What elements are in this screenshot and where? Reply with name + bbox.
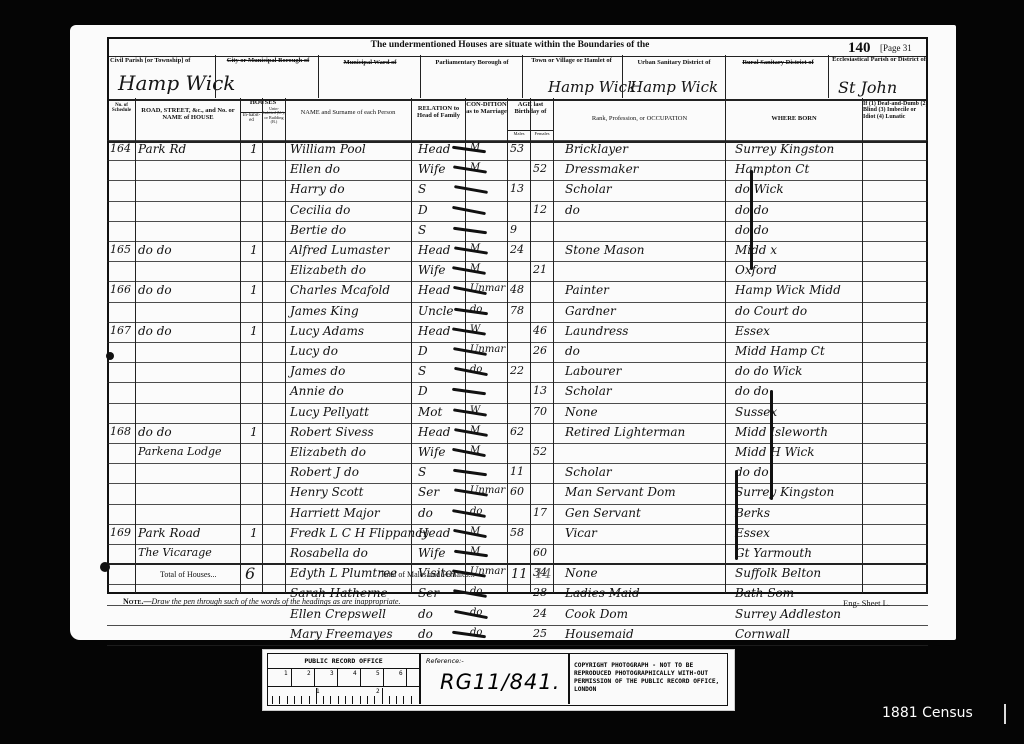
cell-male-age: 24 (510, 244, 524, 255)
col-inhabited: In-habit-ed (241, 113, 262, 124)
punch-hole (106, 352, 114, 360)
cell-where-born: Essex (735, 527, 770, 539)
cell-occupation: Ladies Maid (565, 587, 640, 599)
cell-occupation: Scholar (565, 385, 612, 397)
col-females: Females (531, 132, 553, 137)
cell-relation: Head (418, 244, 450, 256)
cell-female-age: 25 (533, 628, 547, 639)
cell-female-age: 70 (533, 406, 547, 417)
cell-where-born: Cornwall (735, 628, 790, 640)
cell-occupation: Bricklayer (565, 143, 628, 155)
cell-relation: S (418, 224, 426, 236)
cell-male-age: 78 (510, 305, 524, 316)
cell-occupation: Man Servant Dom (565, 486, 676, 498)
cell-relation: Uncle (418, 305, 454, 317)
copyright-notice: COPYRIGHT PHOTOGRAPH - NOT TO BE REPRODU… (574, 662, 724, 694)
cell-where-born: do do (735, 466, 769, 478)
cell-schedule: 169 (110, 527, 131, 538)
cell-relation: Wife (418, 547, 446, 559)
cell-inhabited: 1 (250, 426, 258, 438)
scale-mark: 2 (376, 688, 380, 695)
cell-occupation: Retired Lighterman (565, 426, 685, 438)
cell-name: Lucy Pellyatt (290, 406, 369, 418)
cell-where-born: Midd Hamp Ct (735, 345, 825, 357)
cell-male-age: 60 (510, 486, 524, 497)
cell-relation: do (418, 608, 433, 620)
total-houses-value: 6 (245, 566, 255, 582)
cell-occupation: do (565, 345, 580, 357)
cell-relation: Head (418, 143, 450, 155)
col-condition: CON-DITION as to Marriage (466, 102, 507, 116)
cell-relation: Ser (418, 587, 439, 599)
cell-male-age: 58 (510, 527, 524, 538)
cell-where-born: Bath Som (735, 587, 794, 599)
cell-name: James King (290, 305, 359, 317)
parliamentary-borough-label: Parliamentary Borough of (422, 60, 522, 67)
cell-relation: S (418, 183, 426, 195)
cell-schedule: 168 (110, 426, 131, 437)
col-infirmity: If (1) Deaf-and-Dumb (2) Blind (3) Imbec… (863, 101, 928, 120)
col-name: NAME and Surname of each Person (286, 110, 410, 117)
cell-female-age: 24 (533, 608, 547, 619)
cell-male-age: 13 (510, 183, 524, 194)
cell-relation: Head (418, 325, 450, 337)
record-office-strip: PUBLIC RECORD OFFICE 123456 12 Reference… (262, 649, 735, 711)
cell-road: Park Rd (138, 143, 186, 155)
cell-inhabited: 1 (250, 284, 258, 296)
cell-name: William Pool (290, 143, 366, 155)
cell-occupation: Gardner (565, 305, 616, 317)
cell-name: Elizabeth do (290, 446, 366, 458)
ecclesiastical-label: Ecclesiastical Parish or District of (832, 57, 926, 64)
caret-divider (1004, 704, 1006, 724)
cell-occupation: None (565, 567, 598, 579)
cell-female-age: 52 (533, 163, 547, 174)
cell-relation: S (418, 466, 426, 478)
total-houses-label: Total of Houses... (160, 571, 217, 579)
cell-occupation: Painter (565, 284, 609, 296)
village-label: Town or Village or Hamlet of (524, 58, 619, 65)
cell-occupation: Laundress (565, 325, 628, 337)
cell-female-age: 26 (533, 345, 547, 356)
col-schedule: No. of Schedule (108, 103, 135, 114)
cell-occupation: Scholar (565, 466, 612, 478)
cell-relation: Head (418, 527, 450, 539)
ecclesiastical-value: St John (838, 80, 897, 96)
cell-relation: Wife (418, 163, 446, 175)
col-males: Males (508, 132, 530, 137)
punch-hole (100, 562, 110, 572)
total-females-value: 14 (535, 568, 552, 581)
cell-name: Ellen do (290, 163, 340, 175)
cell-schedule: 164 (110, 143, 131, 154)
cell-road: Parkena Lodge (138, 446, 222, 457)
cell-name: Ellen Crepswell (290, 608, 386, 620)
cell-relation: do (418, 507, 433, 519)
cell-name: Henry Scott (290, 486, 363, 498)
cell-where-born: do Wick (735, 183, 784, 195)
urban-sanitary-value: Hamp Wick (630, 80, 718, 95)
cell-occupation: Scholar (565, 183, 612, 195)
total-males-value: 11 (511, 568, 528, 581)
cell-relation: D (418, 345, 428, 357)
cell-schedule: 166 (110, 284, 131, 295)
col-where-born: WHERE BORN (726, 116, 862, 123)
cell-where-born: Midd x (735, 244, 777, 256)
cell-relation: Head (418, 284, 450, 296)
rural-sanitary-label: Rural Sanitary District of (728, 60, 828, 67)
note: Note.—Draw the pen through such of the w… (123, 597, 400, 606)
cell-female-age: 28 (533, 587, 547, 598)
scale-mark: 2 (307, 670, 311, 677)
cell-relation: Head (418, 426, 450, 438)
cell-female-age: 46 (533, 325, 547, 336)
cell-name: Lucy Adams (290, 325, 364, 337)
pen-stroke (750, 170, 753, 270)
cell-female-age: 12 (533, 204, 547, 215)
cell-name: James do (290, 365, 345, 377)
scale-mark: 5 (376, 670, 380, 677)
cell-relation: Wife (418, 446, 446, 458)
cell-where-born: do do (735, 385, 769, 397)
scale-mark: 4 (353, 670, 357, 677)
scale-mark: 1 (284, 670, 288, 677)
scale-mark: 3 (330, 670, 334, 677)
cell-occupation: None (565, 406, 598, 418)
col-occupation: Rank, Profession, or OCCUPATION (554, 116, 725, 123)
cell-name: Charles Mcafold (290, 284, 390, 296)
cell-name: Alfred Lumaster (290, 244, 389, 256)
pen-stroke (770, 390, 773, 500)
cell-road: do do (138, 426, 172, 438)
cell-female-age: 60 (533, 547, 547, 558)
cell-where-born: Gt Yarmouth (735, 547, 812, 559)
reference-value: RG11/841. (440, 670, 560, 694)
cell-inhabited: 1 (250, 325, 258, 337)
cell-name: Robert J do (290, 466, 359, 478)
cell-schedule: 167 (110, 325, 131, 336)
record-office-title: PUBLIC RECORD OFFICE (268, 657, 419, 665)
cell-where-born: Surrey Kingston (735, 143, 834, 155)
cell-relation: Ser (418, 486, 439, 498)
cell-male-age: 22 (510, 365, 524, 376)
cell-name: Annie do (290, 385, 344, 397)
cell-relation: do (418, 628, 433, 640)
cell-occupation: Gen Servant (565, 507, 641, 519)
cell-name: Harriett Major (290, 507, 380, 519)
cell-relation: Mot (418, 406, 442, 418)
col-uninhabited: Unin-habited (U.), or Building (B.) (263, 107, 285, 125)
cell-relation: D (418, 385, 428, 397)
cell-where-born: Midd H Wick (735, 446, 815, 458)
civil-parish-value: Hamp Wick (118, 73, 235, 93)
cell-inhabited: 1 (250, 527, 258, 539)
reference-label: Reference:- (426, 657, 464, 665)
cell-female-age: 13 (533, 385, 547, 396)
cell-male-age: 53 (510, 143, 524, 154)
cell-female-age: 21 (533, 264, 547, 275)
cell-where-born: Surrey Addleston (735, 608, 841, 620)
col-relation: RELATION to Head of Family (412, 106, 465, 120)
total-persons-label: Total of Males and Females... (380, 571, 475, 579)
urban-sanitary-label: Urban Sanitary District of (624, 60, 724, 67)
cell-where-born: Hampton Ct (735, 163, 809, 175)
cell-where-born: do do Wick (735, 365, 802, 377)
cell-schedule: 165 (110, 244, 131, 255)
cell-male-age: 48 (510, 284, 524, 295)
cell-occupation: Vicar (565, 527, 597, 539)
cell-female-age: 17 (533, 507, 547, 518)
cell-name: Bertie do (290, 224, 346, 236)
scale-mark: 6 (399, 670, 403, 677)
cell-inhabited: 1 (250, 143, 258, 155)
cell-where-born: Suffolk Belton (735, 567, 821, 579)
cell-relation: S (418, 365, 426, 377)
cell-occupation: Stone Mason (565, 244, 644, 256)
cell-name: Fredk L C H Flippancy (290, 527, 429, 539)
cell-relation: D (418, 204, 428, 216)
cell-road: The Vicarage (138, 547, 212, 558)
col-road: ROAD, STREET, &c., and No. or NAME of HO… (136, 108, 240, 122)
pen-stroke (735, 470, 738, 560)
cell-name: Cecilia do (290, 204, 350, 216)
cell-occupation: Dressmaker (565, 163, 638, 175)
cell-occupation: Cook Dom (565, 608, 628, 620)
cell-male-age: 11 (510, 466, 524, 477)
sheet-label: Eng- Sheet L. (843, 598, 890, 608)
cell-occupation: Labourer (565, 365, 621, 377)
cell-where-born: Oxford (735, 264, 777, 276)
cell-road: Park Road (138, 527, 201, 539)
cell-name: Mary Freemayes (290, 628, 393, 640)
cell-name: Rosabella do (290, 547, 368, 559)
municipal-borough-label: City or Municipal Borough of (218, 58, 318, 65)
civil-parish-label: Civil Parish [or Township] of (110, 58, 215, 65)
cell-name: Harry do (290, 183, 345, 195)
cell-male-age: 62 (510, 426, 524, 437)
cell-occupation: do (565, 204, 580, 216)
cell-where-born: Hamp Wick Midd (735, 284, 841, 296)
cell-name: Robert Sivess (290, 426, 374, 438)
cell-female-age: 52 (533, 446, 547, 457)
cell-relation: Wife (418, 264, 446, 276)
census-year-label: 1881 Census (882, 705, 973, 721)
cell-where-born: Berks (735, 507, 770, 519)
cell-name: Lucy do (290, 345, 338, 357)
cell-road: do do (138, 284, 172, 296)
cell-name: Elizabeth do (290, 264, 366, 276)
cell-occupation: Housemaid (565, 628, 634, 640)
cell-road: do do (138, 325, 172, 337)
municipal-ward-label: Municipal Ward of (320, 60, 420, 67)
cell-where-born: Surrey Kingston (735, 486, 834, 498)
cell-where-born: Essex (735, 325, 770, 337)
scale-mark: 1 (316, 688, 320, 695)
cell-road: do do (138, 244, 172, 256)
cell-where-born: Midd Isleworth (735, 426, 828, 438)
cell-where-born: do Court do (735, 305, 807, 317)
cell-inhabited: 1 (250, 244, 258, 256)
cell-male-age: 9 (510, 224, 517, 235)
